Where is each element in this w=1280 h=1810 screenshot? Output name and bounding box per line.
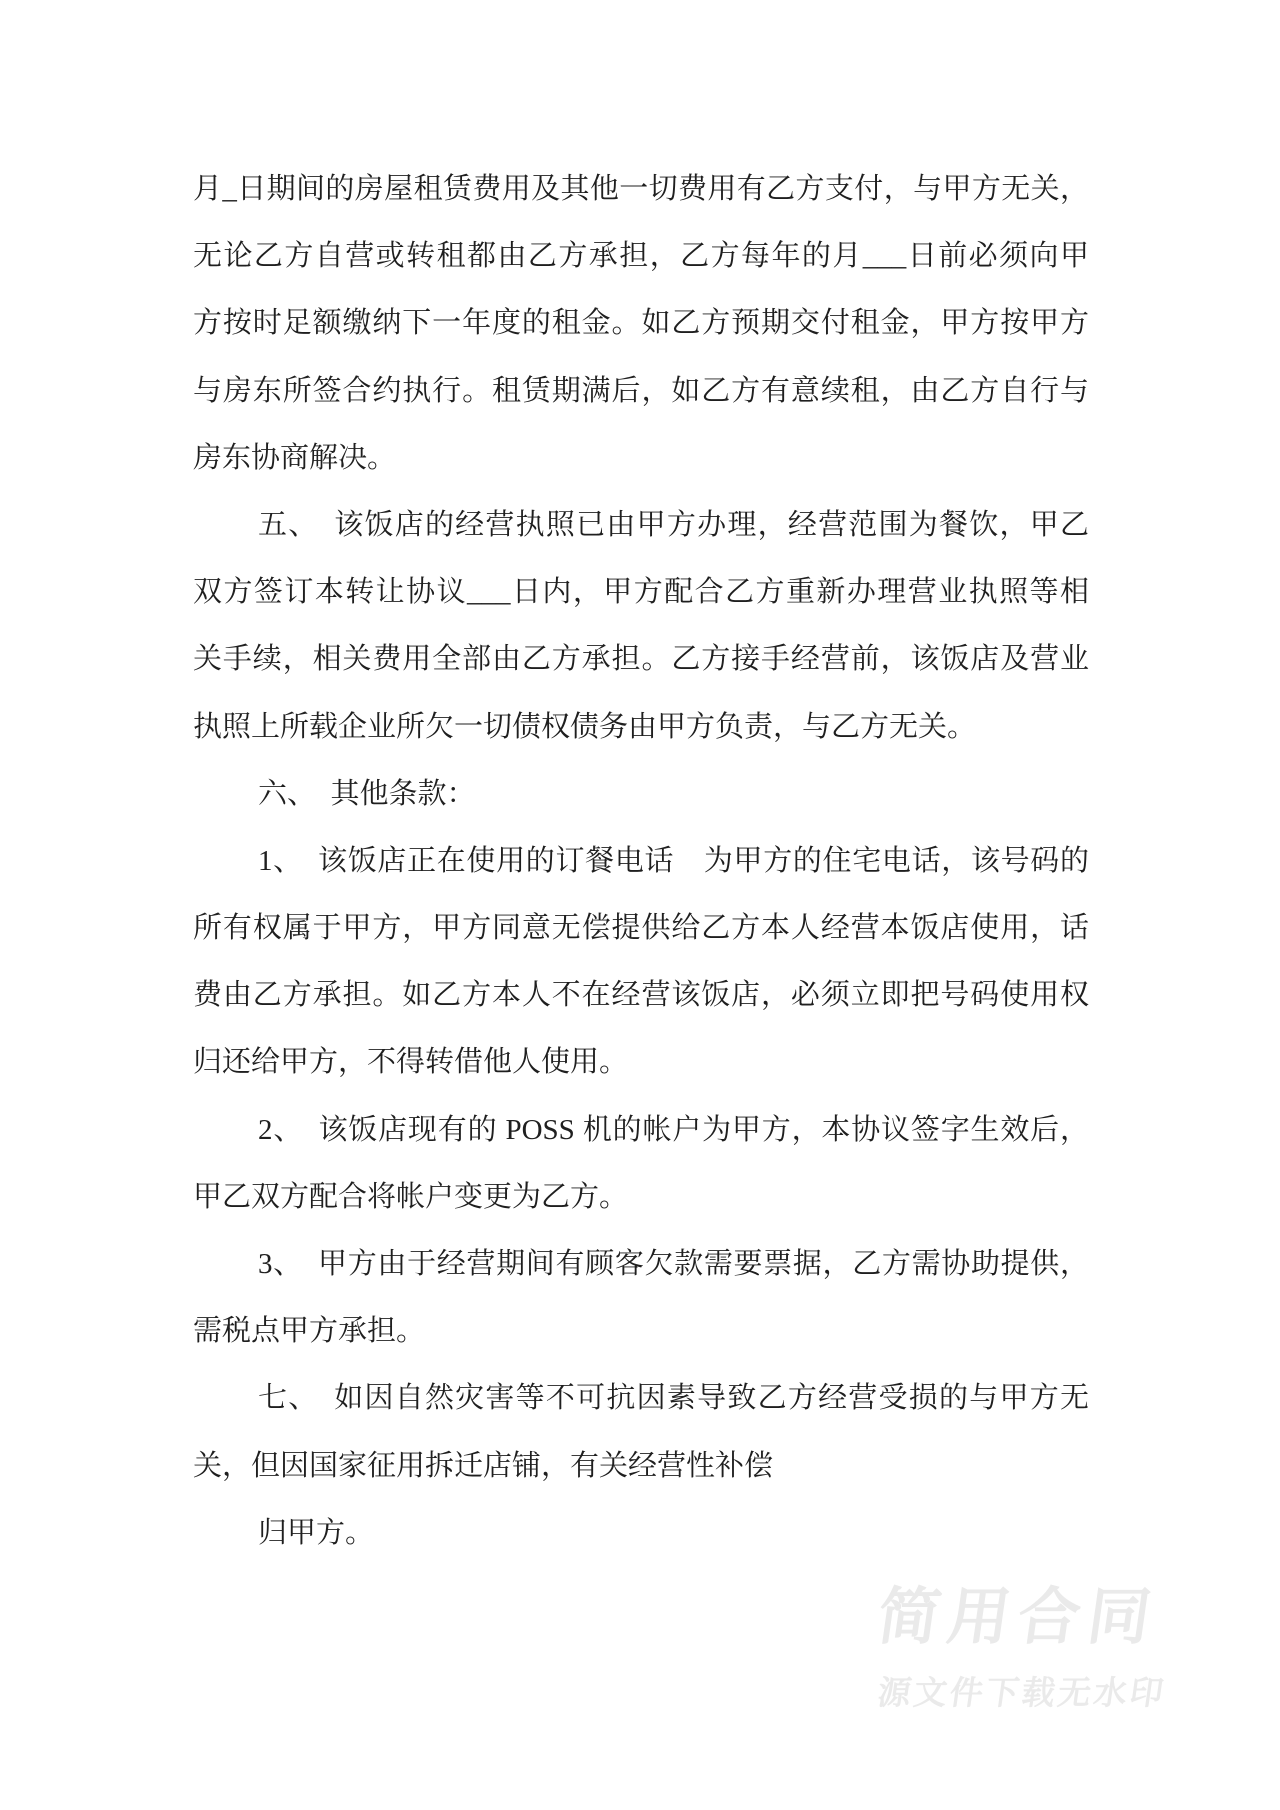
watermark-title: 简用合同 <box>874 1587 1163 1649</box>
contract-line-item-2: 2、 该饭店现有的 POSS 机的帐户为甲方，本协议签字生效后， <box>193 1097 1089 1164</box>
contract-line: 执照上所载企业所欠一切债权债务由甲方负责，与乙方无关。 <box>193 694 1089 761</box>
document-page: 月_日期间的房屋租赁费用及其他一切费用有乙方支付，与甲方无关， 无论乙方自营或转… <box>0 0 1280 1810</box>
contract-line: 月_日期间的房屋租赁费用及其他一切费用有乙方支付，与甲方无关， <box>193 156 1089 223</box>
contract-line-clause-7: 七、 如因自然灾害等不可抗因素导致乙方经营受损的与甲方无 <box>193 1365 1089 1432</box>
contract-line: 需税点甲方承担。 <box>193 1298 1089 1365</box>
contract-line: 归甲方。 <box>193 1500 1089 1567</box>
contract-line: 归还给甲方，不得转借他人使用。 <box>193 1029 1089 1096</box>
contract-line-clause-5: 五、 该饭店的经营执照已由甲方办理，经营范围为餐饮，甲乙 <box>193 492 1089 559</box>
contract-line: 无论乙方自营或转租都由乙方承担，乙方每年的月___日前必须向甲 <box>193 223 1089 290</box>
contract-line-item-3: 3、 甲方由于经营期间有顾客欠款需要票据，乙方需协助提供， <box>193 1231 1089 1298</box>
contract-line: 与房东所签合约执行。租赁期满后，如乙方有意续租，由乙方自行与 <box>193 358 1089 425</box>
contract-line: 房东协商解决。 <box>193 425 1089 492</box>
contract-line-clause-6: 六、 其他条款： <box>193 761 1089 828</box>
contract-line: 关手续，相关费用全部由乙方承担。乙方接手经营前，该饭店及营业 <box>193 626 1089 693</box>
contract-line: 甲乙双方配合将帐户变更为乙方。 <box>193 1164 1089 1231</box>
contract-body: 月_日期间的房屋租赁费用及其他一切费用有乙方支付，与甲方无关， 无论乙方自营或转… <box>193 156 1089 1567</box>
watermark-subtitle: 源文件下载无水印 <box>876 1676 1169 1709</box>
contract-line: 费由乙方承担。如乙方本人不在经营该饭店，必须立即把号码使用权 <box>193 962 1089 1029</box>
contract-line-item-1: 1、 该饭店正在使用的订餐电话 为甲方的住宅电话，该号码的 <box>193 828 1089 895</box>
contract-line: 所有权属于甲方，甲方同意无偿提供给乙方本人经营本饭店使用，话 <box>193 895 1089 962</box>
contract-line: 方按时足额缴纳下一年度的租金。如乙方预期交付租金，甲方按甲方 <box>193 290 1089 357</box>
contract-line: 关，但因国家征用拆迁店铺，有关经营性补偿 <box>193 1433 1089 1500</box>
contract-line: 双方签订本转让协议___日内，甲方配合乙方重新办理营业执照等相 <box>193 559 1089 626</box>
